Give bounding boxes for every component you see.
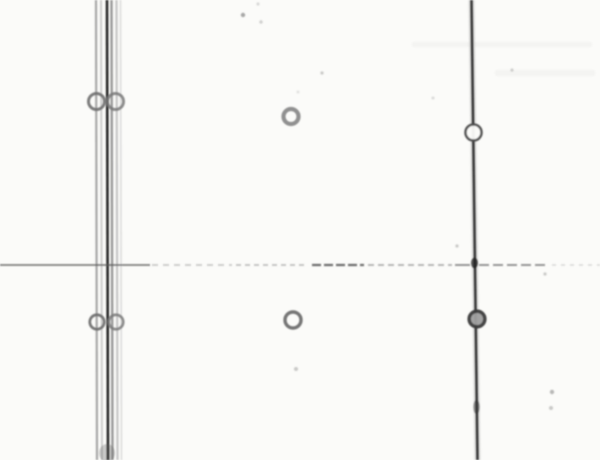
left-vertical-rule-stroke	[96, 0, 97, 460]
left-vertical-rule-stroke	[107, 0, 108, 460]
speck	[294, 367, 298, 371]
scanned-page	[0, 0, 600, 460]
speck	[550, 390, 554, 394]
speck	[543, 272, 546, 275]
speck	[241, 13, 245, 17]
speck	[510, 68, 513, 71]
speck	[455, 244, 458, 247]
ink-blob	[471, 258, 478, 269]
speck	[549, 406, 553, 410]
ring-marker	[469, 311, 485, 327]
speck	[256, 2, 259, 5]
scan-smudge	[495, 70, 595, 76]
speck	[432, 97, 435, 100]
left-vertical-rule-stroke	[101, 0, 102, 460]
speck	[320, 71, 323, 74]
scanned-figure	[0, 0, 600, 460]
paper-background	[0, 0, 600, 460]
left-vertical-rule-stroke	[112, 0, 113, 460]
speck	[297, 91, 300, 94]
speck	[259, 20, 262, 23]
ring-marker	[466, 125, 482, 141]
left-vertical-rule-stroke	[117, 0, 118, 460]
left-vertical-rule-stroke	[121, 0, 122, 460]
ink-blob	[473, 400, 479, 414]
scan-smudge	[412, 42, 592, 47]
